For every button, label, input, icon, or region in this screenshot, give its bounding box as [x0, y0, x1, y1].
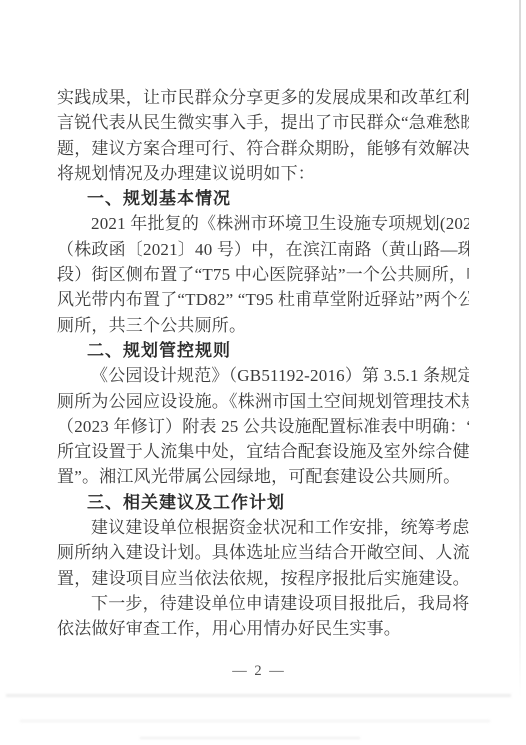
scan-streak-artifact: [6, 694, 511, 697]
text-line: 将规划情况及办理建议说明如下：: [57, 161, 469, 186]
text-line: 置”。湘江风光带属公园绿地，可配套建设公共厕所。: [57, 464, 469, 489]
text-line: 下一步，待建设单位申请建设项目报批后，我局将即来即办，: [57, 591, 469, 616]
text-line: 段）街区侧布置了“T75 中心医院驿站”一个公共厕所，临江侧: [57, 262, 469, 287]
text-line: （株政函〔2021〕40 号）中，在滨江南路（黄山路—珠江南路: [57, 237, 469, 262]
text-line: 厕所，共三个公共厕所。: [57, 313, 469, 338]
text-line: 建议建设单位根据资金状况和工作安排，统筹考虑该段公共: [57, 515, 469, 540]
text-line: 实践成果，让市民群众分享更多的发展成果和改革红利。刘勇、: [57, 85, 469, 110]
scan-streak-artifact: [140, 737, 360, 739]
scan-streak-artifact: [20, 720, 490, 722]
section-heading-2: 二、规划管控规则: [57, 338, 469, 363]
text-line: 厕所为公园应设设施。《株洲市国土空间规划管理技术规定》: [57, 389, 469, 414]
text-line: 言锐代表从民生微实事入手，提出了市民群众“急难愁盼”的问: [57, 110, 469, 135]
scanned-document-page: 实践成果，让市民群众分享更多的发展成果和改革红利。刘勇、 言锐代表从民生微实事入…: [0, 0, 526, 745]
text-line: 所宜设置于人流集中处，宜结合配套设施及室外综合健身场地设: [57, 439, 469, 464]
document-body: 实践成果，让市民群众分享更多的发展成果和改革红利。刘勇、 言锐代表从民生微实事入…: [57, 85, 469, 642]
text-line: 2021 年批复的《株洲市环境卫生设施专项规划(2020-2035)》: [57, 211, 469, 236]
text-line: 《公园设计规范》（GB51192-2016）第 3.5.1 条规定，公共: [57, 363, 469, 388]
text-line: （2023 年修订）附表 25 公共设施配置标准表中明确：“公共厕: [57, 414, 469, 439]
section-heading-1: 一、规划基本情况: [57, 186, 469, 211]
text-line: 依法做好审查工作，用心用情办好民生实事。: [57, 616, 469, 641]
text-line: 置，建设项目应当依法依规，按程序报批后实施建设。: [57, 566, 469, 591]
scan-paper-edge-line: [519, 0, 521, 698]
text-line: 厕所纳入建设计划。具体选址应当结合开敞空间、人流密集点布: [57, 540, 469, 565]
text-line: 题，建议方案合理可行、符合群众期盼，能够有效解决问题。现: [57, 136, 469, 161]
text-line: 风光带内布置了“TD82” “T95 杜甫草堂附近驿站”两个公共: [57, 287, 469, 312]
section-heading-3: 三、相关建议及工作计划: [57, 490, 469, 515]
page-number: — 2 —: [0, 663, 518, 680]
